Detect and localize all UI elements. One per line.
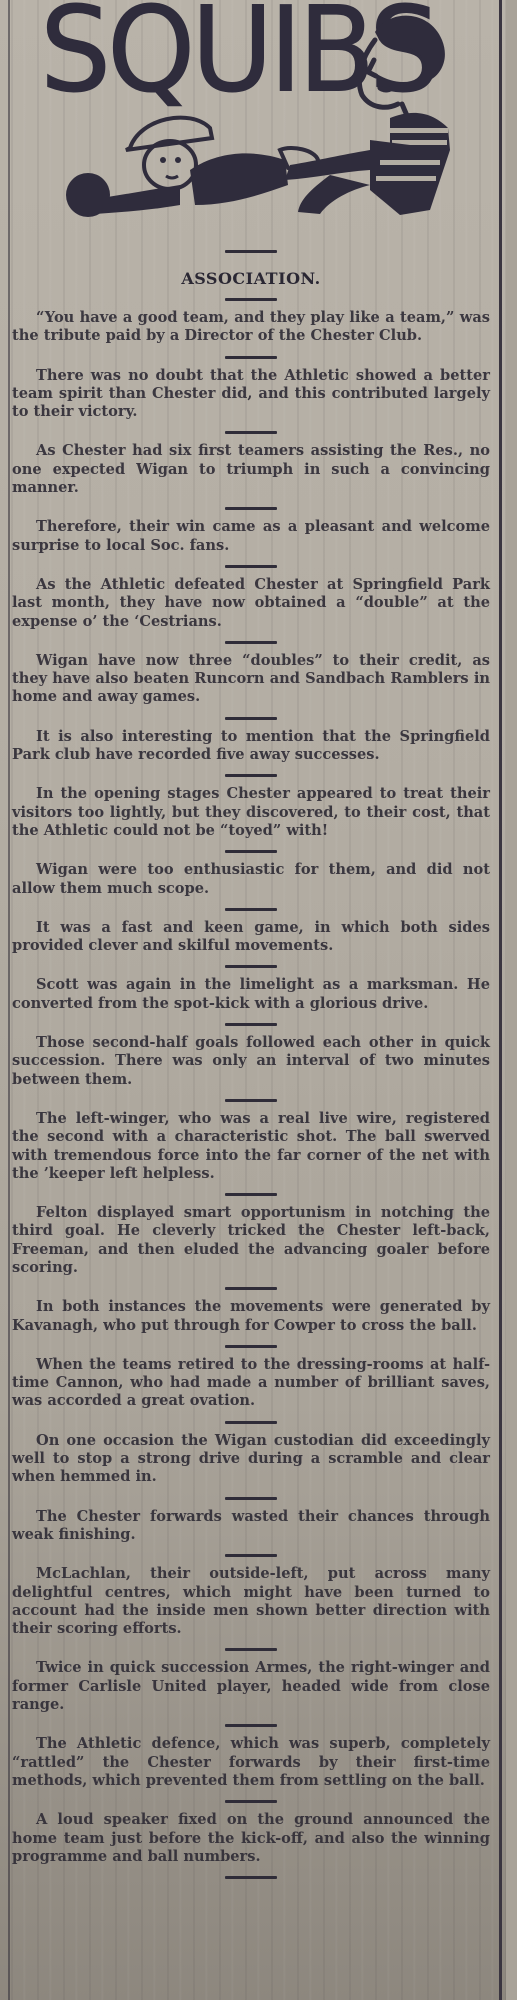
separator-rule — [225, 356, 277, 359]
separator-rule — [225, 1287, 277, 1290]
separator-rule — [225, 298, 277, 301]
paragraph: Wigan have now three “doubles” to their … — [12, 652, 490, 707]
adjacent-column-edge — [506, 0, 517, 2000]
paragraph: It was a fast and keen game, in which bo… — [12, 919, 490, 956]
section-heading: ASSOCIATION. — [12, 269, 490, 288]
paragraph: In both instances the movements were gen… — [12, 1298, 490, 1335]
separator-rule — [225, 1724, 277, 1727]
paragraph: Felton displayed smart opportunism in no… — [12, 1204, 490, 1277]
separator-rule — [225, 908, 277, 911]
separator-rule — [225, 1193, 277, 1196]
paragraph: The Chester forwards wasted their chance… — [12, 1508, 490, 1545]
separator-rule — [225, 431, 277, 434]
column-rule-right — [499, 0, 502, 2000]
paragraph: In the opening stages Chester appeared t… — [12, 785, 490, 840]
paragraph: “You have a good team, and they play lik… — [12, 309, 490, 346]
separator-rule — [225, 1023, 277, 1026]
separator-rule — [225, 565, 277, 568]
paragraph: As the Athletic defeated Chester at Spri… — [12, 576, 490, 631]
separator-rule — [225, 1648, 277, 1651]
paragraph: The Athletic defence, which was superb, … — [12, 1735, 490, 1790]
paragraph: Scott was again in the limelight as a ma… — [12, 976, 490, 1013]
separator-rule — [225, 717, 277, 720]
column-rule-left — [8, 0, 10, 2000]
paragraph: On one occasion the Wigan custodian did … — [12, 1432, 490, 1487]
separator-rule — [225, 965, 277, 968]
paragraph: McLachlan, their outside-left, put acros… — [12, 1565, 490, 1638]
separator-rule — [225, 1099, 277, 1102]
separator-rule — [225, 1345, 277, 1348]
separator-rule — [225, 1800, 277, 1803]
separator-rule — [225, 1497, 277, 1500]
separator-rule — [225, 1876, 277, 1879]
paragraph: As Chester had six first teamers assisti… — [12, 442, 490, 497]
separator-rule — [225, 250, 277, 253]
paragraph: It is also interesting to mention that t… — [12, 728, 490, 765]
footballers-cartoon-icon — [30, 0, 470, 235]
paragraph: There was no doubt that the Athletic sho… — [12, 367, 490, 422]
masthead: SQUIBS — [30, 0, 470, 235]
paragraph: Twice in quick succession Armes, the rig… — [12, 1659, 490, 1714]
separator-rule — [225, 1421, 277, 1424]
separator-rule — [225, 507, 277, 510]
paragraph: A loud speaker fixed on the ground annou… — [12, 1811, 490, 1866]
separator-rule — [225, 1554, 277, 1557]
separator-rule — [225, 850, 277, 853]
paragraph: Therefore, their win came as a pleasant … — [12, 518, 490, 555]
paragraph: When the teams retired to the dressing-r… — [12, 1356, 490, 1411]
article-column: ASSOCIATION. “You have a good team, and … — [12, 240, 490, 1887]
separator-rule — [225, 641, 277, 644]
separator-rule — [225, 774, 277, 777]
paragraph: Those second-half goals followed each ot… — [12, 1034, 490, 1089]
paragraph: The left-winger, who was a real live wir… — [12, 1110, 490, 1183]
paragraph: Wigan were too enthusiastic for them, an… — [12, 861, 490, 898]
